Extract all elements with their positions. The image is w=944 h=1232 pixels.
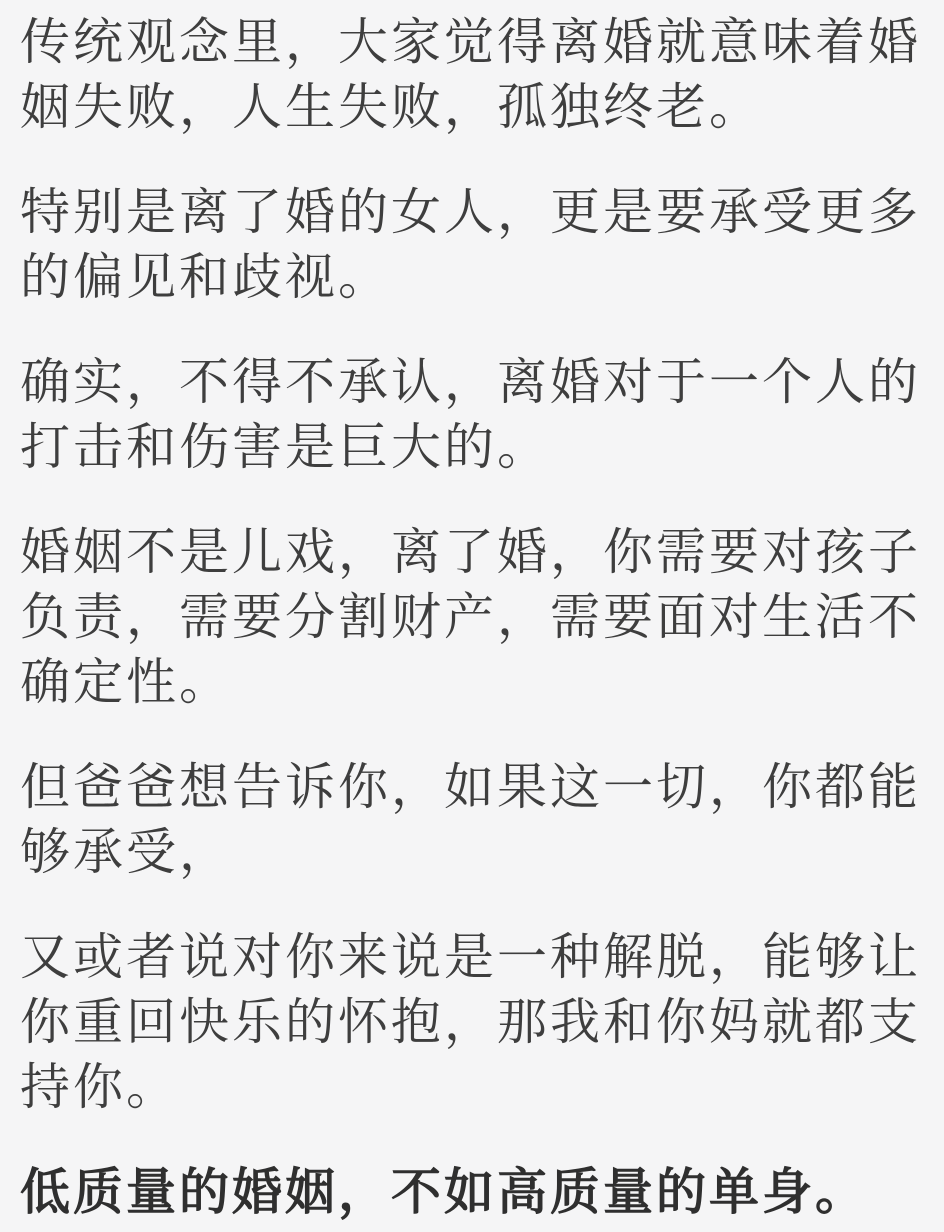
paragraph-6: 又或者说对你来说是一种解脱，能够让 你重回快乐的怀抱，那我和你妈就都支 持你。: [20, 925, 924, 1120]
highlight-paragraph: 低质量的婚姻，不如高质量的单身。: [20, 1160, 924, 1225]
paragraph-4: 婚姻不是儿戏，离了婚，你需要对孩子 负责，需要分割财产，需要面对生活不 确定性。: [20, 520, 924, 715]
paragraph-1: 传统观念里，大家觉得离婚就意味着婚 姻失败，人生失败，孤独终老。: [20, 10, 924, 140]
paragraph-5: 但爸爸想告诉你，如果这一切，你都能 够承受，: [20, 755, 924, 885]
article-body: 传统观念里，大家觉得离婚就意味着婚 姻失败，人生失败，孤独终老。 特别是离了婚的…: [0, 0, 944, 1232]
paragraph-3: 确实，不得不承认，离婚对于一个人的 打击和伤害是巨大的。: [20, 350, 924, 480]
paragraph-2: 特别是离了婚的女人，更是要承受更多 的偏见和歧视。: [20, 180, 924, 310]
